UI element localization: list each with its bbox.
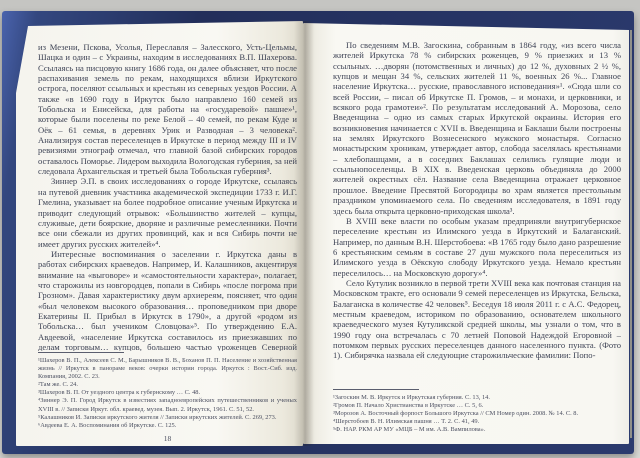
paragraph: из Мезени, Пскова, Усолья, Переславля – … <box>38 42 297 176</box>
footnote: ⁵Калашников И. Записки иркутского жителя… <box>38 414 297 422</box>
page-right: По сведениям М.В. Загоскина, собранным в… <box>303 23 629 444</box>
footnote: ¹Шахеров В. П., Алексеев С. М., Барышник… <box>38 357 297 381</box>
page-left: из Мезени, Пскова, Усолья, Переславля – … <box>16 21 303 446</box>
footnote: ⁴Шерстобоев В. Н. Илимская пашня … Т. 2.… <box>333 418 621 426</box>
footnote: ⁶Авдеева Е. А. Воспоминания об Иркутске.… <box>38 422 297 430</box>
footnote-separator <box>38 352 124 353</box>
footnote: ⁵Ф. НАР. РКМ АР МУ «МЦБ – М им. А.В. Вам… <box>333 426 621 434</box>
right-page-body-text: По сведениям М.В. Загоскина, собранным в… <box>333 40 621 388</box>
paragraph: По сведениям М.В. Загоскина, собранным в… <box>333 40 621 216</box>
footnote: ⁴Зиннер Э. П. Город Иркутск в известиях … <box>38 397 297 413</box>
paragraph: Зиннер Э.П. в своих исследованиях о горо… <box>38 176 297 248</box>
left-page-body-text: из Мезени, Пскова, Усолья, Переславля – … <box>38 42 297 351</box>
page-number-left: 18 <box>38 434 297 443</box>
paragraph: В XVIII веке власти по особым указам пре… <box>333 216 621 278</box>
footnote: ²Громов П. Начало Христианства в Иркутск… <box>333 402 621 410</box>
footnote-separator <box>333 389 419 390</box>
footnote: ¹Загоскин М. В. Иркутск и Иркутская губе… <box>333 394 621 402</box>
page-stack-edge <box>630 30 632 438</box>
footnote: ³Морозов А. Восточный форпост Большого И… <box>333 410 621 418</box>
paragraph: Село Кутулик возникло в первой трети XVI… <box>333 278 621 361</box>
left-page-footnotes: ¹Шахеров В. П., Алексеев С. М., Барышник… <box>38 357 297 433</box>
open-book-photo: из Мезени, Пскова, Усолья, Переславля – … <box>0 0 640 458</box>
right-page-footnotes: ¹Загоскин М. В. Иркутск и Иркутская губе… <box>333 394 621 440</box>
footnote: ³Шахеров В. П. От уездного центра к губе… <box>38 389 297 397</box>
footnote: ²Там же. С. 24. <box>38 381 297 389</box>
paragraph: Интересные воспоминания о заселении г. И… <box>38 249 297 351</box>
